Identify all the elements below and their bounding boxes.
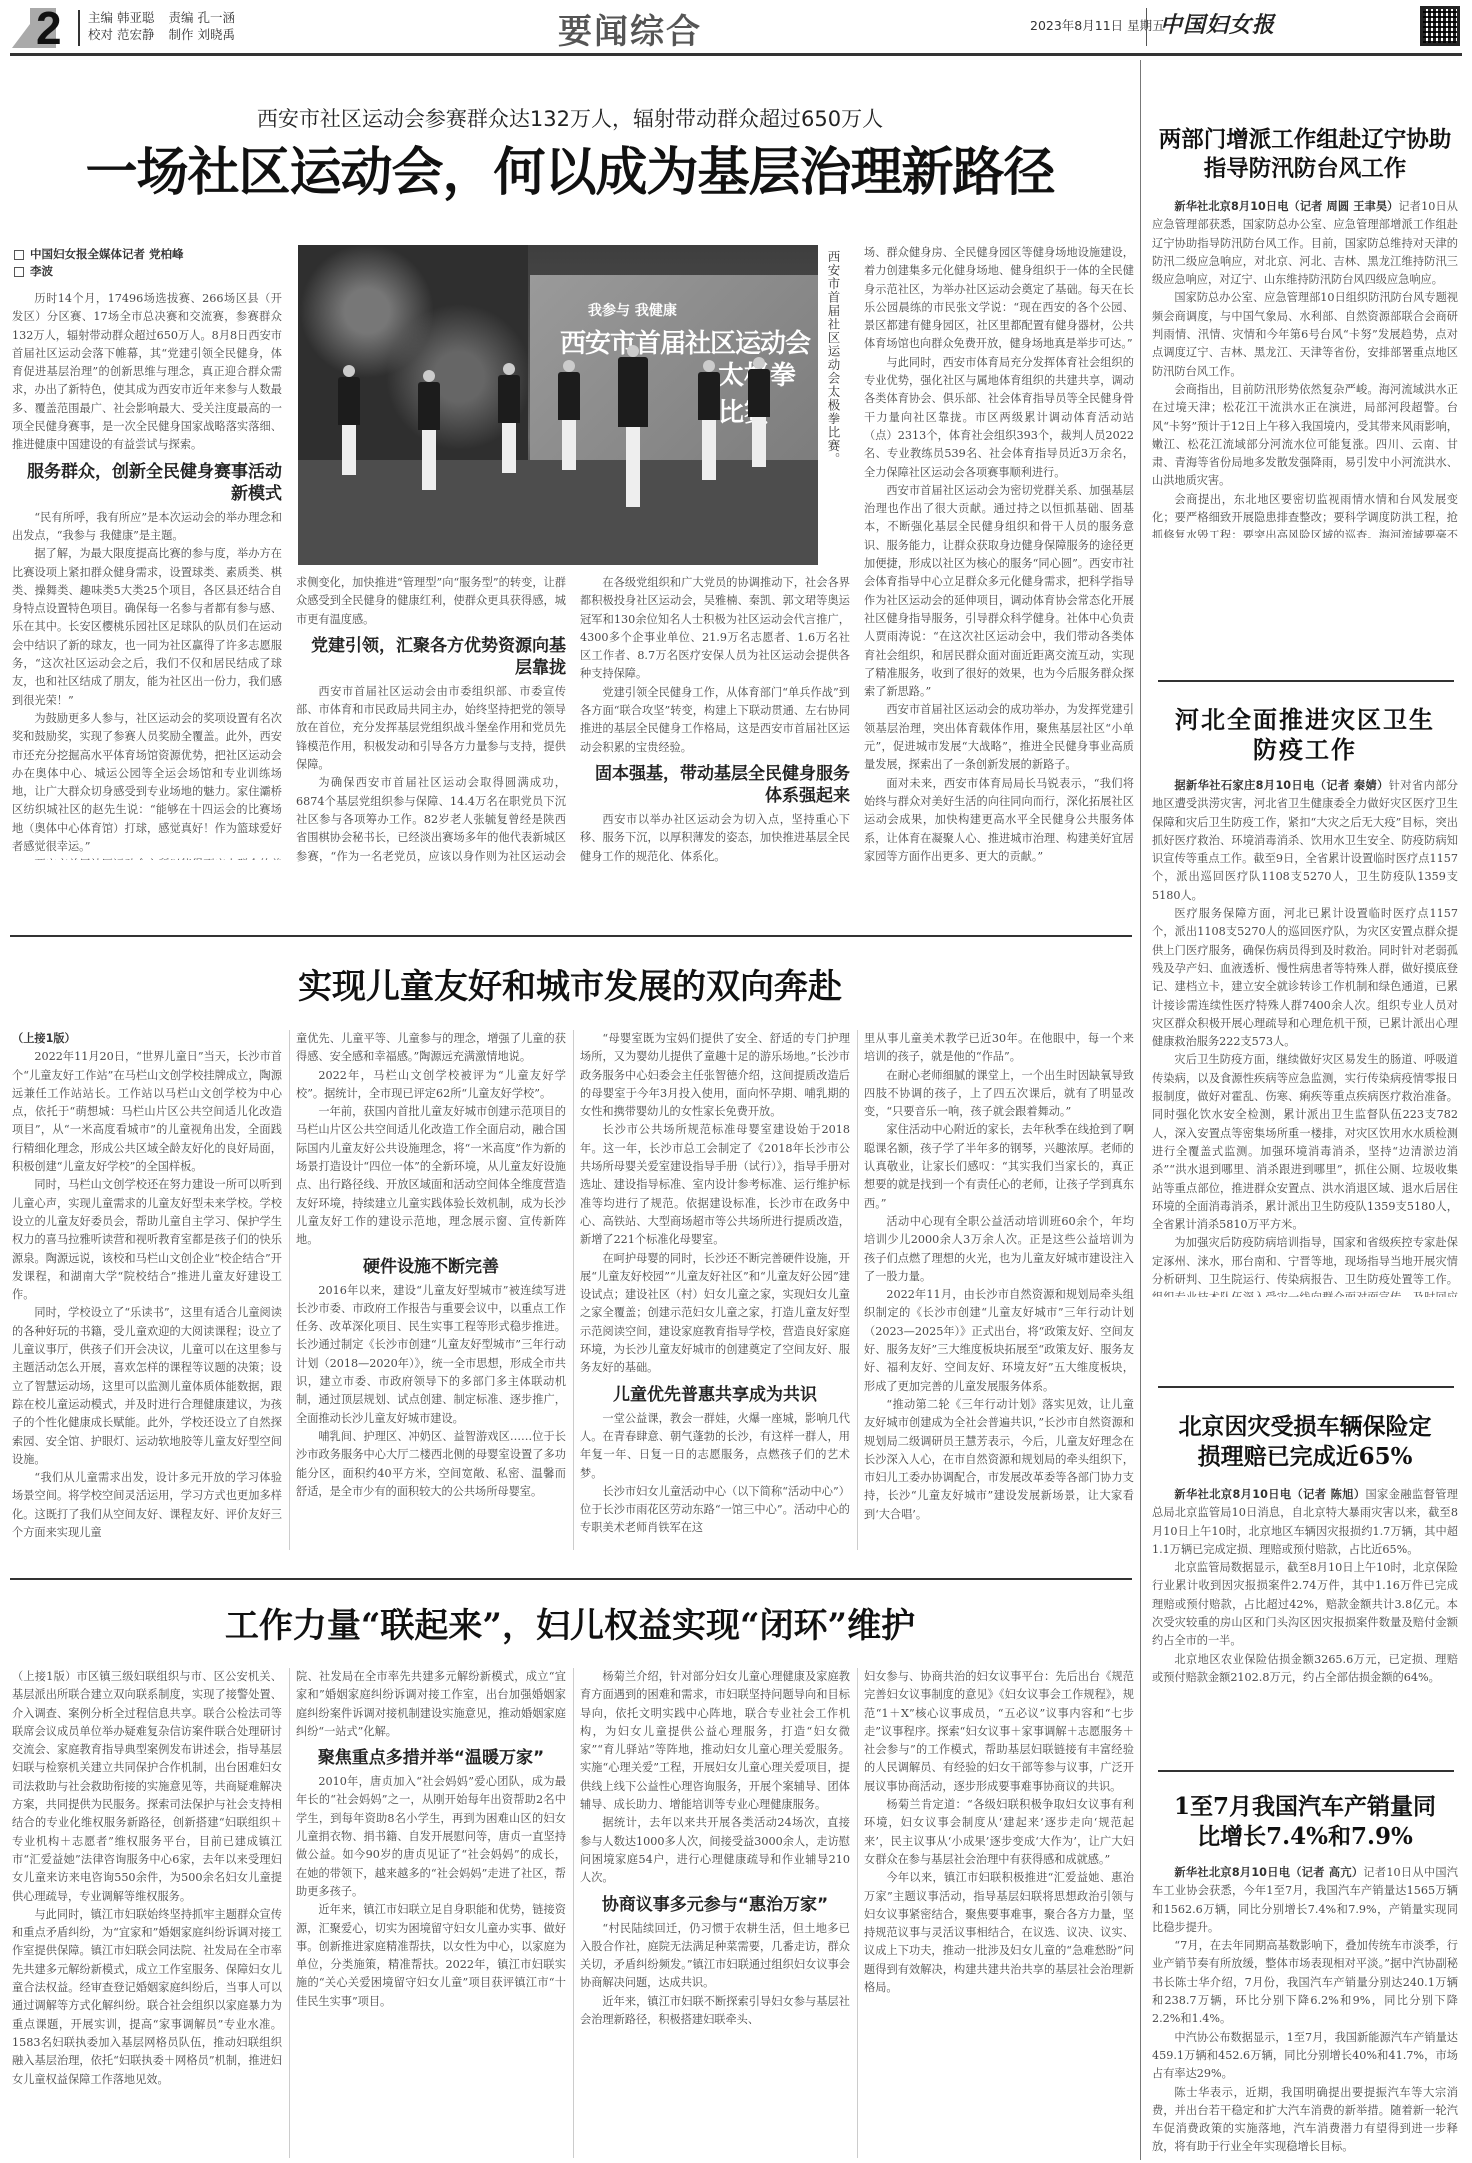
stage (298, 460, 818, 565)
sidebar-story-flood: 两部门增派工作组赴辽宁协助指导防汛防台风工作 新华社北京8月10日电（记者 周圆… (1152, 126, 1458, 538)
subheading: 聚焦重点多措并举“温暖万家” (296, 1747, 566, 1769)
producer: 制作 刘晓禹 (168, 27, 234, 42)
lead-column-1: 历时14个月，17496场选拔赛、266场区县（开发区）分区赛、17场全市总决赛… (12, 290, 282, 860)
chief-editor: 主编 韩亚聪 (88, 10, 154, 25)
subheading: 党建引领，汇聚各方优势资源向基层靠拢 (296, 635, 566, 679)
taiji-photo: 我参与 我健康 西安市首届社区运动会 太极拳比赛 (298, 245, 818, 565)
children-column-1: （上接1版） 2022年11月20日，“世界儿童日”当天，长沙市首个“儿童友好工… (12, 1030, 282, 1550)
issue-date: 2023年8月11日 星期五 (1030, 16, 1165, 34)
dateline: 新华社北京8月10日电（记者 周圆 王聿昊） (1174, 200, 1398, 213)
sidebar-story-auto-sales: 1至7月我国汽车产销量同比增长7.4%和7.9% 新华社北京8月10日电（记者 … (1152, 1792, 1458, 2154)
checkbox-icon (14, 250, 24, 260)
dateline: 新华社北京8月10日电（记者 高亢） (1174, 1866, 1363, 1879)
sidebar-story-beijing-insurance: 北京因灾受损车辆保险定损理赔已完成近65% 新华社北京8月10日电（记者 陈旭）… (1152, 1412, 1458, 1726)
article-kicker: 西安市社区运动会参赛群众达132万人，辐射带动群众超过650万人 (0, 103, 1140, 133)
dateline: 据新华社石家庄8月10日电（记者 秦婧） (1174, 779, 1388, 792)
subheading: 协商议事多元参与“惠治万家” (580, 1894, 850, 1916)
editorial-staff: 主编 韩亚聪责编 孔一涵 校对 范宏静制作 刘晓禹 (88, 9, 249, 43)
women-column-3: 杨菊兰介绍，针对部分妇女儿童心理健康及家庭教育方面遇到的困难和需求，市妇联坚持问… (580, 1668, 850, 2158)
proofreader: 校对 范宏静 (88, 27, 154, 42)
story-headline: 两部门增派工作组赴辽宁协助指导防汛防台风工作 (1152, 126, 1458, 184)
photo-caption: 西安市首届社区运动会太极拳比赛。 (826, 250, 842, 466)
page-number: 2 (36, 4, 62, 52)
article-headline: 实现儿童友好和城市发展的双向奔赴 (0, 966, 1140, 1008)
subheading: 服务群众，创新全民健身赛事活动新模式 (12, 461, 282, 505)
article-headline: 一场社区运动会，何以成为基层治理新路径 (0, 142, 1140, 204)
duty-editor: 责编 孔一涵 (168, 10, 234, 25)
subheading: 儿童优先普惠共享成为共识 (580, 1384, 850, 1406)
women-column-1: （上接1版）市区镇三级妇联组织与市、区公安机关、基层派出所联合建立双向联系制度，… (12, 1668, 282, 2158)
checkbox-icon (14, 267, 24, 277)
sidebar-story-hebei: 河北全面推进灾区卫生防疫工作 据新华社石家庄8月10日电（记者 秦婧）针对省内部… (1152, 705, 1458, 1297)
children-column-3: “母婴室既为宝妈们提供了安全、舒适的专门护理场所，又为婴幼儿提供了童趣十足的游乐… (580, 1030, 850, 1550)
story-headline: 1至7月我国汽车产销量同比增长7.4%和7.9% (1152, 1792, 1458, 1852)
section-title: 要闻综合 (480, 4, 780, 53)
article-headline: 工作力量“联起来”，妇儿权益实现“闭环”维护 (0, 1605, 1140, 1647)
newspaper-logo: 中国妇女报 (1160, 8, 1275, 39)
lead-column-2: 求侧变化，加快推进“管理型”向“服务型”的转变，让群众感受到全民健身的健康红利，… (296, 574, 566, 864)
children-column-2: 童优先、儿童平等、儿童参与的理念，增强了儿童的获得感、安全感和幸福感。”陶源远充… (296, 1030, 566, 1550)
children-column-4: 里从事儿童美术教学已近30年。在他眼中，每一个来培训的孩子，就是他的“作品”。 … (864, 1030, 1134, 1550)
lead-column-3: 在各级党组织和广大党员的协调推动下，社会各界都积极投身社区运动会，吴雅楠、秦凯、… (580, 574, 850, 864)
women-column-2: 院、社发局在全市率先共建多元解纷新模式，成立“宜家和”婚姻家庭纠纷诉调对接工作室… (296, 1668, 566, 2158)
story-headline: 北京因灾受损车辆保险定损理赔已完成近65% (1152, 1412, 1458, 1472)
story-headline: 河北全面推进灾区卫生防疫工作 (1152, 705, 1458, 765)
subheading: 硬件设施不断完善 (296, 1256, 566, 1278)
trees-background (298, 245, 528, 465)
lead-column-4: 场、群众健身房、全民健身园区等健身场地设施建设，着力创建集多元化健身场地、健身组… (864, 244, 1134, 864)
byline: 中国妇女报全媒体记者 党柏峰 李波 (14, 246, 184, 280)
subheading: 固本强基，带动基层全民健身服务体系强起来 (580, 763, 850, 807)
qr-code-icon (1420, 6, 1460, 46)
dateline: 新华社北京8月10日电（记者 陈旭） (1174, 1488, 1365, 1501)
women-column-4: 妇女参与、协商共治的妇女议事平台：先后出台《规范完善妇女议事制度的意见》《妇女议… (864, 1668, 1134, 2158)
page-number-badge: 2 (12, 8, 70, 48)
